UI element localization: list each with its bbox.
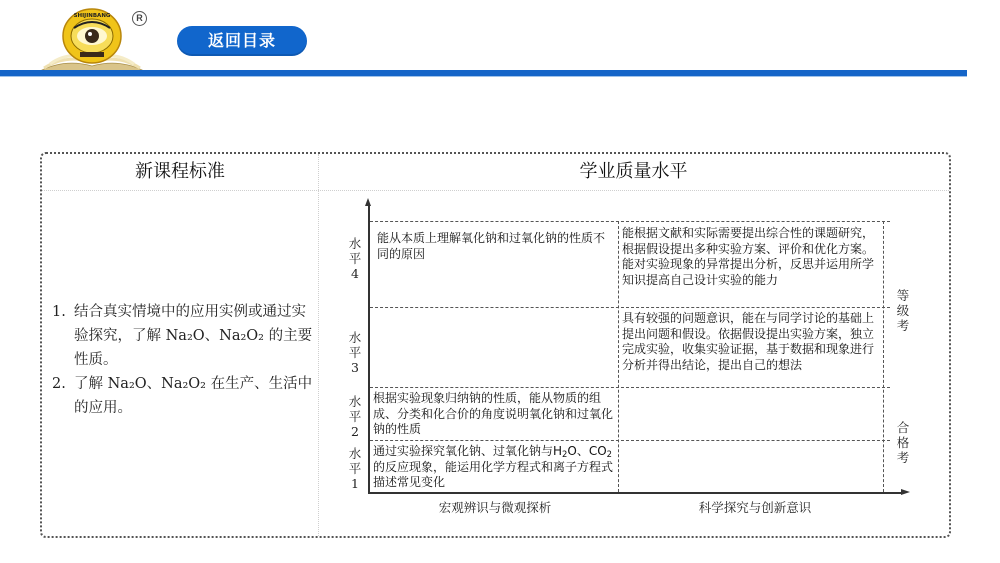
level-label-3: 水 平 3 xyxy=(345,330,365,375)
side-label-pass-exam: 合 格 考 xyxy=(895,420,911,465)
standard-text: 了解 Na₂O、Na₂O₂ 在生产、生活中的应用。 xyxy=(74,376,312,416)
grid-line xyxy=(370,440,890,441)
y-axis xyxy=(368,204,370,492)
side-label-grade-exam: 等 级 考 xyxy=(895,288,911,333)
slide: SHIJINBANG R 返回目录 新课程标准 学业质量水平 1. 结合真实情境… xyxy=(0,0,1000,563)
header-row-divider xyxy=(42,190,949,191)
x-label-science-inquiry: 科学探究与创新意识 xyxy=(655,498,855,516)
grid-line xyxy=(618,221,619,492)
level-label-1: 水 平 1 xyxy=(345,446,365,491)
column-header-curriculum-standard: 新课程标准 xyxy=(42,154,318,190)
level-4-science-text: 能根据文献和实际需要提出综合性的课题研究，根据假设提出多种实验方案、评价和优化方… xyxy=(622,226,880,288)
registered-mark: R xyxy=(132,11,147,26)
grid-line xyxy=(370,307,890,308)
header-divider-shadow xyxy=(0,76,967,77)
level-3-science-text: 具有较强的问题意识，能在与同学讨论的基础上提出问题和假设。依据假设提出实验方案，… xyxy=(622,311,880,373)
x-label-macro-micro: 宏观辨识与微观探析 xyxy=(395,498,595,516)
back-to-contents-button[interactable]: 返回目录 xyxy=(177,26,307,56)
standard-number: 2. xyxy=(52,372,66,396)
quality-level-diagram: 水 平 4 水 平 3 水 平 2 水 平 1 能从本质上理解氧化钠和过氧化钠的… xyxy=(335,198,925,518)
level-label-4: 水 平 4 xyxy=(345,236,365,281)
grid-line xyxy=(370,387,890,388)
standards-list: 1. 结合真实情境中的应用实例或通过实验探究，了解 Na₂O、Na₂O₂ 的主要… xyxy=(52,300,314,420)
svg-text:SHIJINBANG: SHIJINBANG xyxy=(74,13,111,19)
level-2-macro-text: 根据实验现象归纳钠的性质，能从物质的组成、分类和化合价的角度说明氧化钠和过氧化钠… xyxy=(373,391,615,438)
standard-number: 1. xyxy=(52,300,66,324)
standard-text: 结合真实情境中的应用实例或通过实验探究，了解 Na₂O、Na₂O₂ 的主要性质。 xyxy=(74,304,312,368)
column-divider xyxy=(318,154,319,536)
x-axis xyxy=(368,492,902,494)
level-label-2: 水 平 2 xyxy=(345,394,365,439)
x-axis-arrow-icon xyxy=(901,489,910,495)
level-1-macro-text: 通过实验探究氧化钠、过氧化钠与H2O、CO2的反应现象，能运用化学方程式和离子方… xyxy=(373,444,617,491)
grid-line xyxy=(883,221,884,492)
level-4-macro-text: 能从本质上理解氧化钠和过氧化钠的性质不同的原因 xyxy=(377,231,613,262)
standard-item: 1. 结合真实情境中的应用实例或通过实验探究，了解 Na₂O、Na₂O₂ 的主要… xyxy=(52,300,314,372)
grid-line xyxy=(370,221,890,222)
column-header-academic-quality-level: 学业质量水平 xyxy=(318,154,949,190)
standard-item: 2. 了解 Na₂O、Na₂O₂ 在生产、生活中的应用。 xyxy=(52,372,314,420)
